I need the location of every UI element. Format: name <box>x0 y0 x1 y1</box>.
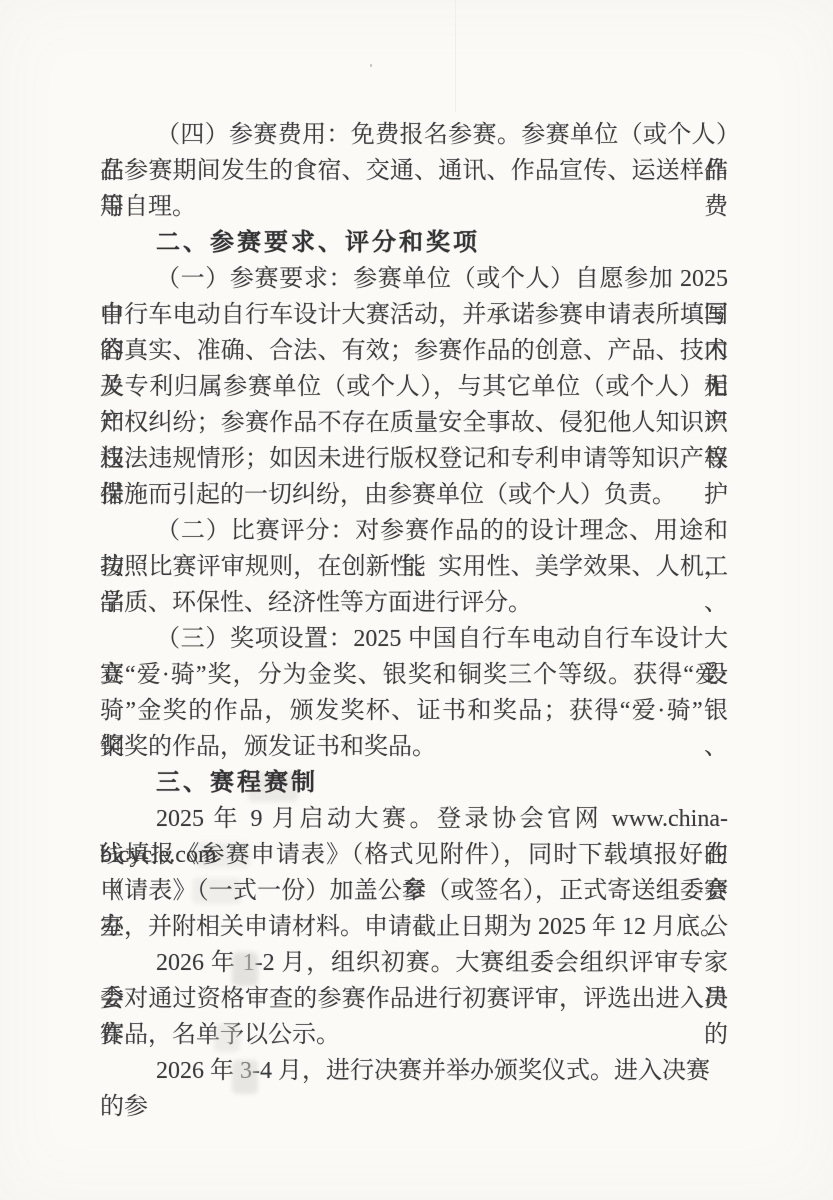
text-line: 室，并附相关申请材料。申请截止日期为 2025 年 12 月底。 <box>100 909 728 945</box>
text-line: （二）比赛评分：对参赛作品的的设计理念、用途和功能， <box>100 513 728 549</box>
text-line: 立“爱·骑”奖，分为金奖、银奖和铜奖三个等级。获得“爱· <box>100 657 728 693</box>
text-line: 会对通过资格审查的参赛作品进行初赛评审，评选出进入决赛的 <box>100 981 728 1017</box>
scan-speck <box>370 64 372 67</box>
text-line: 线填报《参赛申请表》（格式见附件），同时下载填报好的《参赛 <box>100 837 728 873</box>
text-line: 按照比赛评审规则，在创新性、实用性、美学效果、人机工学、 <box>100 549 728 585</box>
section-heading: 二、参赛要求、评分和奖项 <box>100 225 728 261</box>
text-line: 2025 年 9 月启动大赛。登录协会官网 www.china-bicycle.… <box>100 801 728 837</box>
text-line: 违法违规情形；如因未进行版权登记和专利申请等知识产权保护 <box>100 441 728 477</box>
text-line: 措施而引起的一切纠纷，由参赛单位（或个人）负责。 <box>100 477 728 513</box>
text-line: （一）参赛要求：参赛单位（或个人）自愿参加 2025 中国 <box>100 261 728 297</box>
section-heading: 三、赛程赛制 <box>100 765 728 801</box>
scan-fold-line <box>455 0 456 112</box>
text-line: 2026 年 3-4 月，进行决赛并举办颁奖仪式。进入决赛的参 <box>100 1053 728 1089</box>
text-line: 2026 年 1-2 月，组织初赛。大赛组委会组织评审专家委员 <box>100 945 728 981</box>
text-line: 自行车电动自行车设计大赛活动，并承诺参赛申请表所填写的内 <box>100 297 728 333</box>
text-line: 品参赛期间发生的食宿、交通、通讯、作品宣传、运送样品等费 <box>100 153 728 189</box>
document-body: （四）参赛费用：免费报名参赛。参赛单位（或个人）在作品参赛期间发生的食宿、交通、… <box>100 117 728 1089</box>
scanned-page: （四）参赛费用：免费报名参赛。参赛单位（或个人）在作品参赛期间发生的食宿、交通、… <box>0 0 833 1200</box>
text-line: 容真实、准确、合法、有效；参赛作品的创意、产品、技术及相 <box>100 333 728 369</box>
text-line: （四）参赛费用：免费报名参赛。参赛单位（或个人）在作 <box>100 117 728 153</box>
text-line: 关专利归属参赛单位（或个人），与其它单位（或个人）无知识 <box>100 369 728 405</box>
text-line: 骑”金奖的作品，颁发奖杯、证书和奖品；获得“爱·骑”银奖、 <box>100 693 728 729</box>
text-line: （三）奖项设置：2025 中国自行车电动自行车设计大赛设 <box>100 621 728 657</box>
text-line: 申请表》（一式一份）加盖公章（或签名），正式寄送组委会办公 <box>100 873 728 909</box>
text-line: 产权纠纷；参赛作品不存在质量安全事故、侵犯他人知识产权等 <box>100 405 728 441</box>
